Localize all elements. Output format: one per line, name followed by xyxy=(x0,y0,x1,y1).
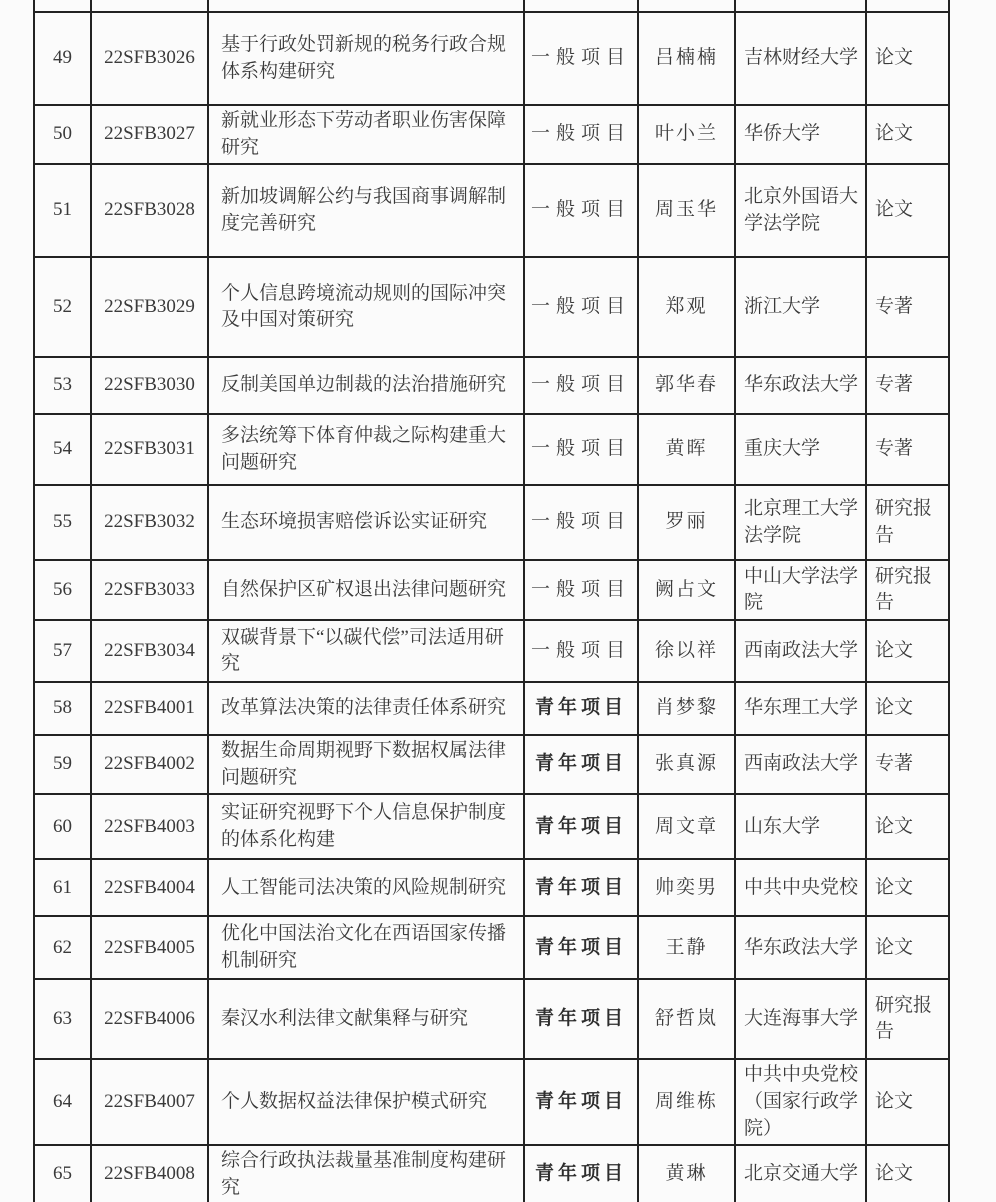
cell-code: 22SFB4006 xyxy=(91,979,208,1059)
cell-num: 55 xyxy=(34,485,91,560)
cell-institution: 中共中央党校（国家行政学院） xyxy=(735,1059,866,1145)
cell-code: 22SFB3026 xyxy=(91,12,208,105)
cell-institution: 中山大学法学院 xyxy=(735,560,866,620)
cell-title: 综合行政执法裁量基准制度构建研究 xyxy=(208,1145,524,1202)
cell-code: 22SFB4002 xyxy=(91,735,208,794)
cell-institution: 浙江大学 xyxy=(735,257,866,357)
cell-leader: 罗丽 xyxy=(638,485,735,560)
cell-code: 22SFB3029 xyxy=(91,257,208,357)
cell-institution: 北京理工大学法学院 xyxy=(735,485,866,560)
cell-institution: 华东理工大学 xyxy=(735,682,866,735)
table-row: 4922SFB3026基于行政处罚新规的税务行政合规体系构建研究一般项目吕楠楠吉… xyxy=(34,12,949,105)
table-row: 5122SFB3028新加坡调解公约与我国商事调解制度完善研究一般项目周玉华北京… xyxy=(34,164,949,257)
cell-institution: 华东政法大学 xyxy=(735,357,866,414)
cell-institution: 北京交通大学 xyxy=(735,1145,866,1202)
cell-leader: 周文章 xyxy=(638,794,735,859)
table-row: 5522SFB3032生态环境损害赔偿诉讼实证研究一般项目罗丽北京理工大学法学院… xyxy=(34,485,949,560)
cell-title: 数据生命周期视野下数据权属法律问题研究 xyxy=(208,735,524,794)
clipped-cell xyxy=(638,0,735,12)
cell-code: 22SFB3027 xyxy=(91,105,208,164)
cell-category: 青年项目 xyxy=(524,794,638,859)
cell-output: 专著 xyxy=(866,257,949,357)
cell-output: 专著 xyxy=(866,357,949,414)
cell-output: 论文 xyxy=(866,620,949,682)
cell-title: 人工智能司法决策的风险规制研究 xyxy=(208,859,524,916)
cell-title: 生态环境损害赔偿诉讼实证研究 xyxy=(208,485,524,560)
cell-num: 51 xyxy=(34,164,91,257)
cell-output: 论文 xyxy=(866,682,949,735)
cell-leader: 黄晖 xyxy=(638,414,735,485)
clipped-cell xyxy=(866,0,949,12)
cell-code: 22SFB3034 xyxy=(91,620,208,682)
cell-num: 65 xyxy=(34,1145,91,1202)
cell-output: 专著 xyxy=(866,414,949,485)
cell-category: 一般项目 xyxy=(524,12,638,105)
cell-title: 自然保护区矿权退出法律问题研究 xyxy=(208,560,524,620)
cell-category: 青年项目 xyxy=(524,979,638,1059)
table-body: 4922SFB3026基于行政处罚新规的税务行政合规体系构建研究一般项目吕楠楠吉… xyxy=(34,0,949,1202)
cell-leader: 王静 xyxy=(638,916,735,979)
cell-leader: 徐以祥 xyxy=(638,620,735,682)
cell-num: 62 xyxy=(34,916,91,979)
cell-code: 22SFB4004 xyxy=(91,859,208,916)
cell-title: 新就业形态下劳动者职业伤害保障研究 xyxy=(208,105,524,164)
cell-leader: 吕楠楠 xyxy=(638,12,735,105)
cell-category: 青年项目 xyxy=(524,682,638,735)
cell-institution: 重庆大学 xyxy=(735,414,866,485)
cell-category: 青年项目 xyxy=(524,916,638,979)
cell-title: 双碳背景下“以碳代偿”司法适用研究 xyxy=(208,620,524,682)
cell-output: 研究报告 xyxy=(866,979,949,1059)
table-row: 6522SFB4008综合行政执法裁量基准制度构建研究青年项目黄琳北京交通大学论… xyxy=(34,1145,949,1202)
cell-leader: 黄琳 xyxy=(638,1145,735,1202)
cell-code: 22SFB4005 xyxy=(91,916,208,979)
cell-num: 52 xyxy=(34,257,91,357)
clipped-cell xyxy=(208,0,524,12)
cell-output: 专著 xyxy=(866,735,949,794)
clipped-cell xyxy=(91,0,208,12)
cell-num: 50 xyxy=(34,105,91,164)
clipped-cell xyxy=(735,0,866,12)
cell-num: 61 xyxy=(34,859,91,916)
cell-institution: 西南政法大学 xyxy=(735,735,866,794)
cell-code: 22SFB3030 xyxy=(91,357,208,414)
table-row: 5222SFB3029个人信息跨境流动规则的国际冲突及中国对策研究一般项目郑观浙… xyxy=(34,257,949,357)
cell-title: 个人数据权益法律保护模式研究 xyxy=(208,1059,524,1145)
cell-num: 53 xyxy=(34,357,91,414)
cell-category: 一般项目 xyxy=(524,560,638,620)
cell-leader: 帅奕男 xyxy=(638,859,735,916)
cell-leader: 肖梦黎 xyxy=(638,682,735,735)
cell-category: 青年项目 xyxy=(524,1059,638,1145)
cell-institution: 华东政法大学 xyxy=(735,916,866,979)
cell-leader: 张真源 xyxy=(638,735,735,794)
cell-code: 22SFB4008 xyxy=(91,1145,208,1202)
table-row: 5922SFB4002数据生命周期视野下数据权属法律问题研究青年项目张真源西南政… xyxy=(34,735,949,794)
cell-title: 优化中国法治文化在西语国家传播机制研究 xyxy=(208,916,524,979)
cell-num: 63 xyxy=(34,979,91,1059)
cell-title: 基于行政处罚新规的税务行政合规体系构建研究 xyxy=(208,12,524,105)
cell-code: 22SFB3032 xyxy=(91,485,208,560)
cell-title: 个人信息跨境流动规则的国际冲突及中国对策研究 xyxy=(208,257,524,357)
cell-category: 一般项目 xyxy=(524,357,638,414)
cell-output: 论文 xyxy=(866,916,949,979)
cell-title: 新加坡调解公约与我国商事调解制度完善研究 xyxy=(208,164,524,257)
table-row: 6322SFB4006秦汉水利法律文献集释与研究青年项目舒哲岚大连海事大学研究报… xyxy=(34,979,949,1059)
cell-institution: 中共中央党校 xyxy=(735,859,866,916)
clipped-row-top xyxy=(34,0,949,12)
table-row: 5722SFB3034双碳背景下“以碳代偿”司法适用研究一般项目徐以祥西南政法大… xyxy=(34,620,949,682)
cell-output: 研究报告 xyxy=(866,485,949,560)
cell-title: 多法统筹下体育仲裁之际构建重大问题研究 xyxy=(208,414,524,485)
cell-leader: 叶小兰 xyxy=(638,105,735,164)
clipped-cell xyxy=(34,0,91,12)
table-row: 6022SFB4003实证研究视野下个人信息保护制度的体系化构建青年项目周文章山… xyxy=(34,794,949,859)
cell-category: 一般项目 xyxy=(524,257,638,357)
cell-category: 青年项目 xyxy=(524,859,638,916)
projects-table: 4922SFB3026基于行政处罚新规的税务行政合规体系构建研究一般项目吕楠楠吉… xyxy=(33,0,950,1202)
table-row: 6222SFB4005优化中国法治文化在西语国家传播机制研究青年项目王静华东政法… xyxy=(34,916,949,979)
cell-title: 反制美国单边制裁的法治措施研究 xyxy=(208,357,524,414)
cell-category: 一般项目 xyxy=(524,620,638,682)
cell-leader: 周玉华 xyxy=(638,164,735,257)
cell-title: 秦汉水利法律文献集释与研究 xyxy=(208,979,524,1059)
cell-output: 论文 xyxy=(866,1059,949,1145)
cell-institution: 吉林财经大学 xyxy=(735,12,866,105)
cell-leader: 郭华春 xyxy=(638,357,735,414)
cell-leader: 阙占文 xyxy=(638,560,735,620)
cell-num: 59 xyxy=(34,735,91,794)
cell-num: 64 xyxy=(34,1059,91,1145)
cell-category: 青年项目 xyxy=(524,1145,638,1202)
cell-leader: 舒哲岚 xyxy=(638,979,735,1059)
table-row: 6122SFB4004人工智能司法决策的风险规制研究青年项目帅奕男中共中央党校论… xyxy=(34,859,949,916)
cell-leader: 郑观 xyxy=(638,257,735,357)
cell-category: 一般项目 xyxy=(524,164,638,257)
cell-category: 青年项目 xyxy=(524,735,638,794)
cell-code: 22SFB4007 xyxy=(91,1059,208,1145)
table-row: 5822SFB4001改革算法决策的法律责任体系研究青年项目肖梦黎华东理工大学论… xyxy=(34,682,949,735)
cell-title: 实证研究视野下个人信息保护制度的体系化构建 xyxy=(208,794,524,859)
table-row: 5322SFB3030反制美国单边制裁的法治措施研究一般项目郭华春华东政法大学专… xyxy=(34,357,949,414)
cell-output: 论文 xyxy=(866,859,949,916)
cell-num: 57 xyxy=(34,620,91,682)
cell-institution: 大连海事大学 xyxy=(735,979,866,1059)
cell-num: 56 xyxy=(34,560,91,620)
cell-output: 论文 xyxy=(866,12,949,105)
cell-output: 论文 xyxy=(866,164,949,257)
cell-code: 22SFB3033 xyxy=(91,560,208,620)
cell-num: 60 xyxy=(34,794,91,859)
cell-output: 研究报告 xyxy=(866,560,949,620)
table-row: 6422SFB4007个人数据权益法律保护模式研究青年项目周维栋中共中央党校（国… xyxy=(34,1059,949,1145)
cell-institution: 北京外国语大学法学院 xyxy=(735,164,866,257)
cell-num: 58 xyxy=(34,682,91,735)
cell-output: 论文 xyxy=(866,105,949,164)
cell-category: 一般项目 xyxy=(524,105,638,164)
cell-output: 论文 xyxy=(866,1145,949,1202)
cell-category: 一般项目 xyxy=(524,485,638,560)
cell-institution: 山东大学 xyxy=(735,794,866,859)
cell-num: 54 xyxy=(34,414,91,485)
cell-leader: 周维栋 xyxy=(638,1059,735,1145)
table-row: 5622SFB3033自然保护区矿权退出法律问题研究一般项目阙占文中山大学法学院… xyxy=(34,560,949,620)
table-row: 5422SFB3031多法统筹下体育仲裁之际构建重大问题研究一般项目黄晖重庆大学… xyxy=(34,414,949,485)
clipped-cell xyxy=(524,0,638,12)
cell-institution: 华侨大学 xyxy=(735,105,866,164)
cell-code: 22SFB3031 xyxy=(91,414,208,485)
cell-category: 一般项目 xyxy=(524,414,638,485)
cell-num: 49 xyxy=(34,12,91,105)
table-row: 5022SFB3027新就业形态下劳动者职业伤害保障研究一般项目叶小兰华侨大学论… xyxy=(34,105,949,164)
cell-code: 22SFB3028 xyxy=(91,164,208,257)
cell-output: 论文 xyxy=(866,794,949,859)
document-page: 4922SFB3026基于行政处罚新规的税务行政合规体系构建研究一般项目吕楠楠吉… xyxy=(0,0,996,1202)
cell-title: 改革算法决策的法律责任体系研究 xyxy=(208,682,524,735)
cell-institution: 西南政法大学 xyxy=(735,620,866,682)
cell-code: 22SFB4001 xyxy=(91,682,208,735)
cell-code: 22SFB4003 xyxy=(91,794,208,859)
